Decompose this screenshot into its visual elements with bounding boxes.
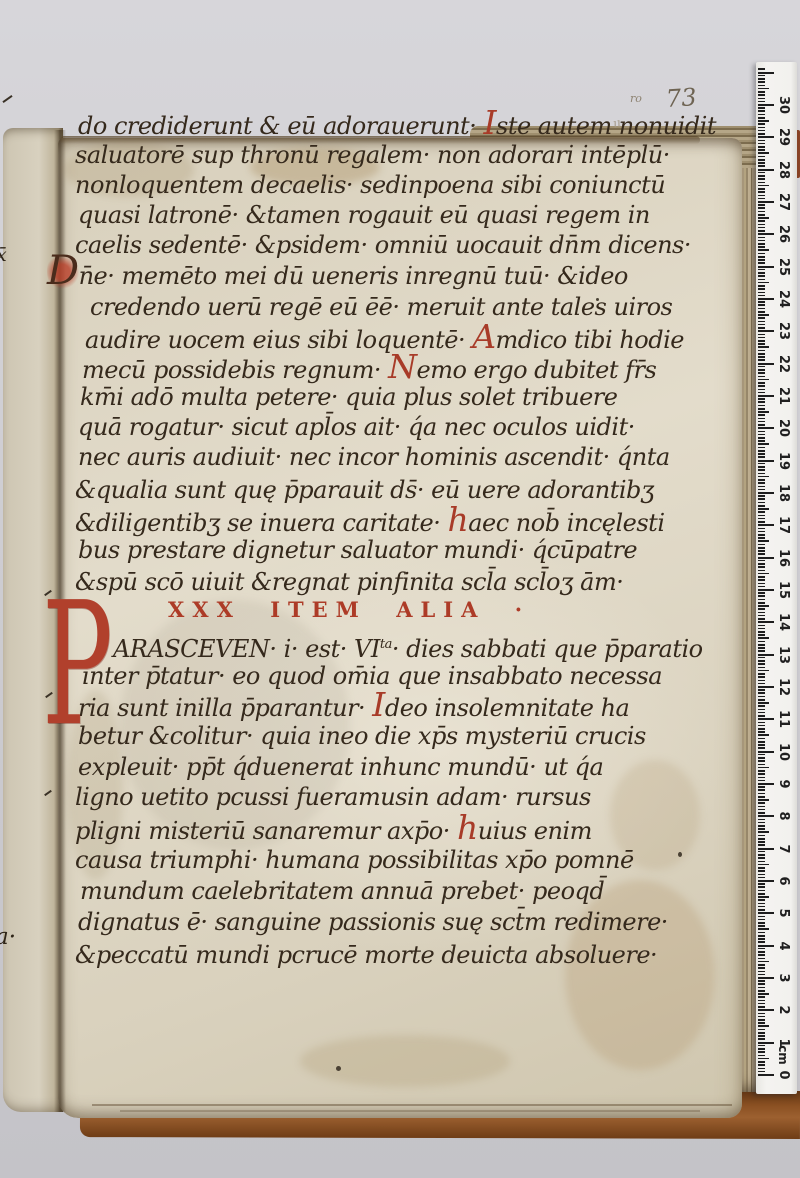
text-segment: aec nob̄ incęlesti xyxy=(468,509,664,537)
manuscript-line: ligno uetito pcussi fueramusin adam· rur… xyxy=(75,782,591,812)
manuscript-line: ARASCEVEN· i· est· VIta· dies sabbati qu… xyxy=(113,630,703,664)
red-touched-initial: I xyxy=(372,685,385,724)
facing-page-text-fragment: x̄ xyxy=(0,244,7,266)
text-segment: causa triumphi· humana possibilitas xp̄o… xyxy=(75,846,634,874)
text-segment: caelis sedentē· &psidem· omniū uocauit d… xyxy=(75,231,691,259)
manuscript-line: bus prestare dignetur saluator mundi· q́… xyxy=(78,535,637,565)
text-segment: mdico tibi hodie xyxy=(496,326,684,354)
text-segment: ta xyxy=(380,637,392,652)
text-segment: mecū possidebis regnum· xyxy=(82,356,388,384)
manuscript-line: dignatus ē· sanguine passionis suę sct̄m… xyxy=(78,907,668,937)
text-segment: saluatorē sup thronū regalem· non adorar… xyxy=(75,141,670,169)
manuscript-line: km̄i adō multa petere· quia plus solet t… xyxy=(80,382,617,412)
text-segment: do crediderunt & eū adorauerunt· xyxy=(78,112,483,140)
text-segment: ligno uetito pcussi fueramusin adam· rur… xyxy=(75,783,591,811)
text-segment: &qualia sunt quę p̄parauit ds̄· eū uere … xyxy=(75,476,654,504)
text-segment: deo insolemnitate ha xyxy=(385,694,630,722)
manuscript-line: &qualia sunt quę p̄parauit ds̄· eū uere … xyxy=(75,475,654,505)
manuscript-line: pligni misteriū sanaremur axp̄o· huius e… xyxy=(75,813,592,846)
manuscript-line: nonloquentem decaelis· sedinpoena sibi c… xyxy=(75,170,665,200)
text-segment: betur &colitur· quia ineo die xp̄s myste… xyxy=(78,722,646,750)
text-segment: ria sunt inilla p̄parantur· xyxy=(78,694,372,722)
red-touched-initial: D xyxy=(47,248,79,294)
text-segment: km̄i adō multa petere· quia plus solet t… xyxy=(80,383,617,411)
text-segment: pligni misteriū sanaremur axp̄o· xyxy=(75,817,457,845)
text-segment: credendo uerū regē eū ēē· meruit ante ta… xyxy=(90,293,672,321)
text-segment: mundum caelebritatem annuā prebet· peoqd… xyxy=(80,877,604,905)
folio-number: 73 xyxy=(665,83,697,113)
red-touched-initial: h xyxy=(447,500,468,539)
facing-page-text-fragment: a· xyxy=(0,924,16,950)
red-touched-initial: N xyxy=(388,347,416,386)
manuscript-line: ria sunt inilla p̄parantur· Ideo insolem… xyxy=(78,690,629,723)
text-segment: quasi latronē· &tamen rogauit eū quasi r… xyxy=(78,201,650,229)
text-segment: &spū scō uiuit &regnat pinfinita scl̄a s… xyxy=(75,568,623,596)
red-touched-initial: h xyxy=(457,808,478,847)
manuscript-line: quasi latronē· &tamen rogauit eū quasi r… xyxy=(78,200,650,230)
facing-page-stroke xyxy=(44,790,52,796)
text-segment: nec auris audiuit· nec incor hominis asc… xyxy=(78,443,670,471)
manuscript-line: expleuit· pp̄t q́duenerat inhunc mundū· … xyxy=(78,752,603,782)
text-segment: dignatus ē· sanguine passionis suę sct̄m… xyxy=(78,908,668,936)
text-segment: · dies sabbati que p̄paratio xyxy=(392,635,703,663)
text-segment: &diligentibʒ se inuera caritate· xyxy=(75,509,447,537)
manuscript-line: nec auris audiuit· nec incor hominis asc… xyxy=(78,442,670,472)
illuminated-initial-p: P xyxy=(42,580,113,750)
text-segment: &peccatū mundi pcrucē morte deuicta abso… xyxy=(75,941,657,969)
manuscript-line: &peccatū mundi pcrucē morte deuicta abso… xyxy=(75,940,657,970)
manuscript-line: &spū scō uiuit &regnat pinfinita scl̄a s… xyxy=(75,567,623,597)
red-touched-initial: A xyxy=(472,317,495,356)
manuscript-line: mecū possidebis regnum· Nemo ergo dubite… xyxy=(82,352,656,385)
manuscript-line: Dn̄e· memēto mei dū ueneris inregnū tuū·… xyxy=(47,256,628,291)
rubric-heading: XXX ITEM ALIA · xyxy=(168,597,530,622)
manuscript-line: mundum caelebritatem annuā prebet· peoqd… xyxy=(80,876,604,906)
facing-page-stroke xyxy=(2,95,12,103)
manuscript-line: audire uocem eius sibi loquentē· Amdico … xyxy=(85,322,684,355)
text-layer: 73 ro ıı do crediderunt & eū adorauerunt… xyxy=(0,0,800,1178)
text-segment: emo ergo dubitet fr̄s xyxy=(417,356,657,384)
manuscript-line: saluatorē sup thronū regalem· non adorar… xyxy=(75,140,670,170)
text-segment: uius enim xyxy=(478,817,592,845)
manuscript-line: &diligentibʒ se inuera caritate· haec no… xyxy=(75,505,665,538)
manuscript-line: credendo uerū regē eū ēē· meruit ante ta… xyxy=(90,292,672,322)
text-segment: quā rogatur· sicut apl̄os ait· q́a nec o… xyxy=(78,413,635,441)
text-segment: n̄e· memēto mei dū ueneris inregnū tuū· … xyxy=(79,262,628,290)
manuscript-line: quā rogatur· sicut apl̄os ait· q́a nec o… xyxy=(78,412,635,442)
corner-annotation: ro xyxy=(630,92,642,105)
text-segment: ste autem nonuidit xyxy=(496,112,716,140)
red-touched-initial: I xyxy=(483,103,496,142)
manuscript-line: causa triumphi· humana possibilitas xp̄o… xyxy=(75,845,634,875)
manuscript-line: betur &colitur· quia ineo die xp̄s myste… xyxy=(78,721,646,751)
text-segment: nonloquentem decaelis· sedinpoena sibi c… xyxy=(75,171,665,199)
text-segment: ARASCEVEN· i· est· VI xyxy=(113,635,380,663)
text-segment: expleuit· pp̄t q́duenerat inhunc mundū· … xyxy=(78,753,603,781)
text-segment: bus prestare dignetur saluator mundi· q́… xyxy=(78,536,637,564)
